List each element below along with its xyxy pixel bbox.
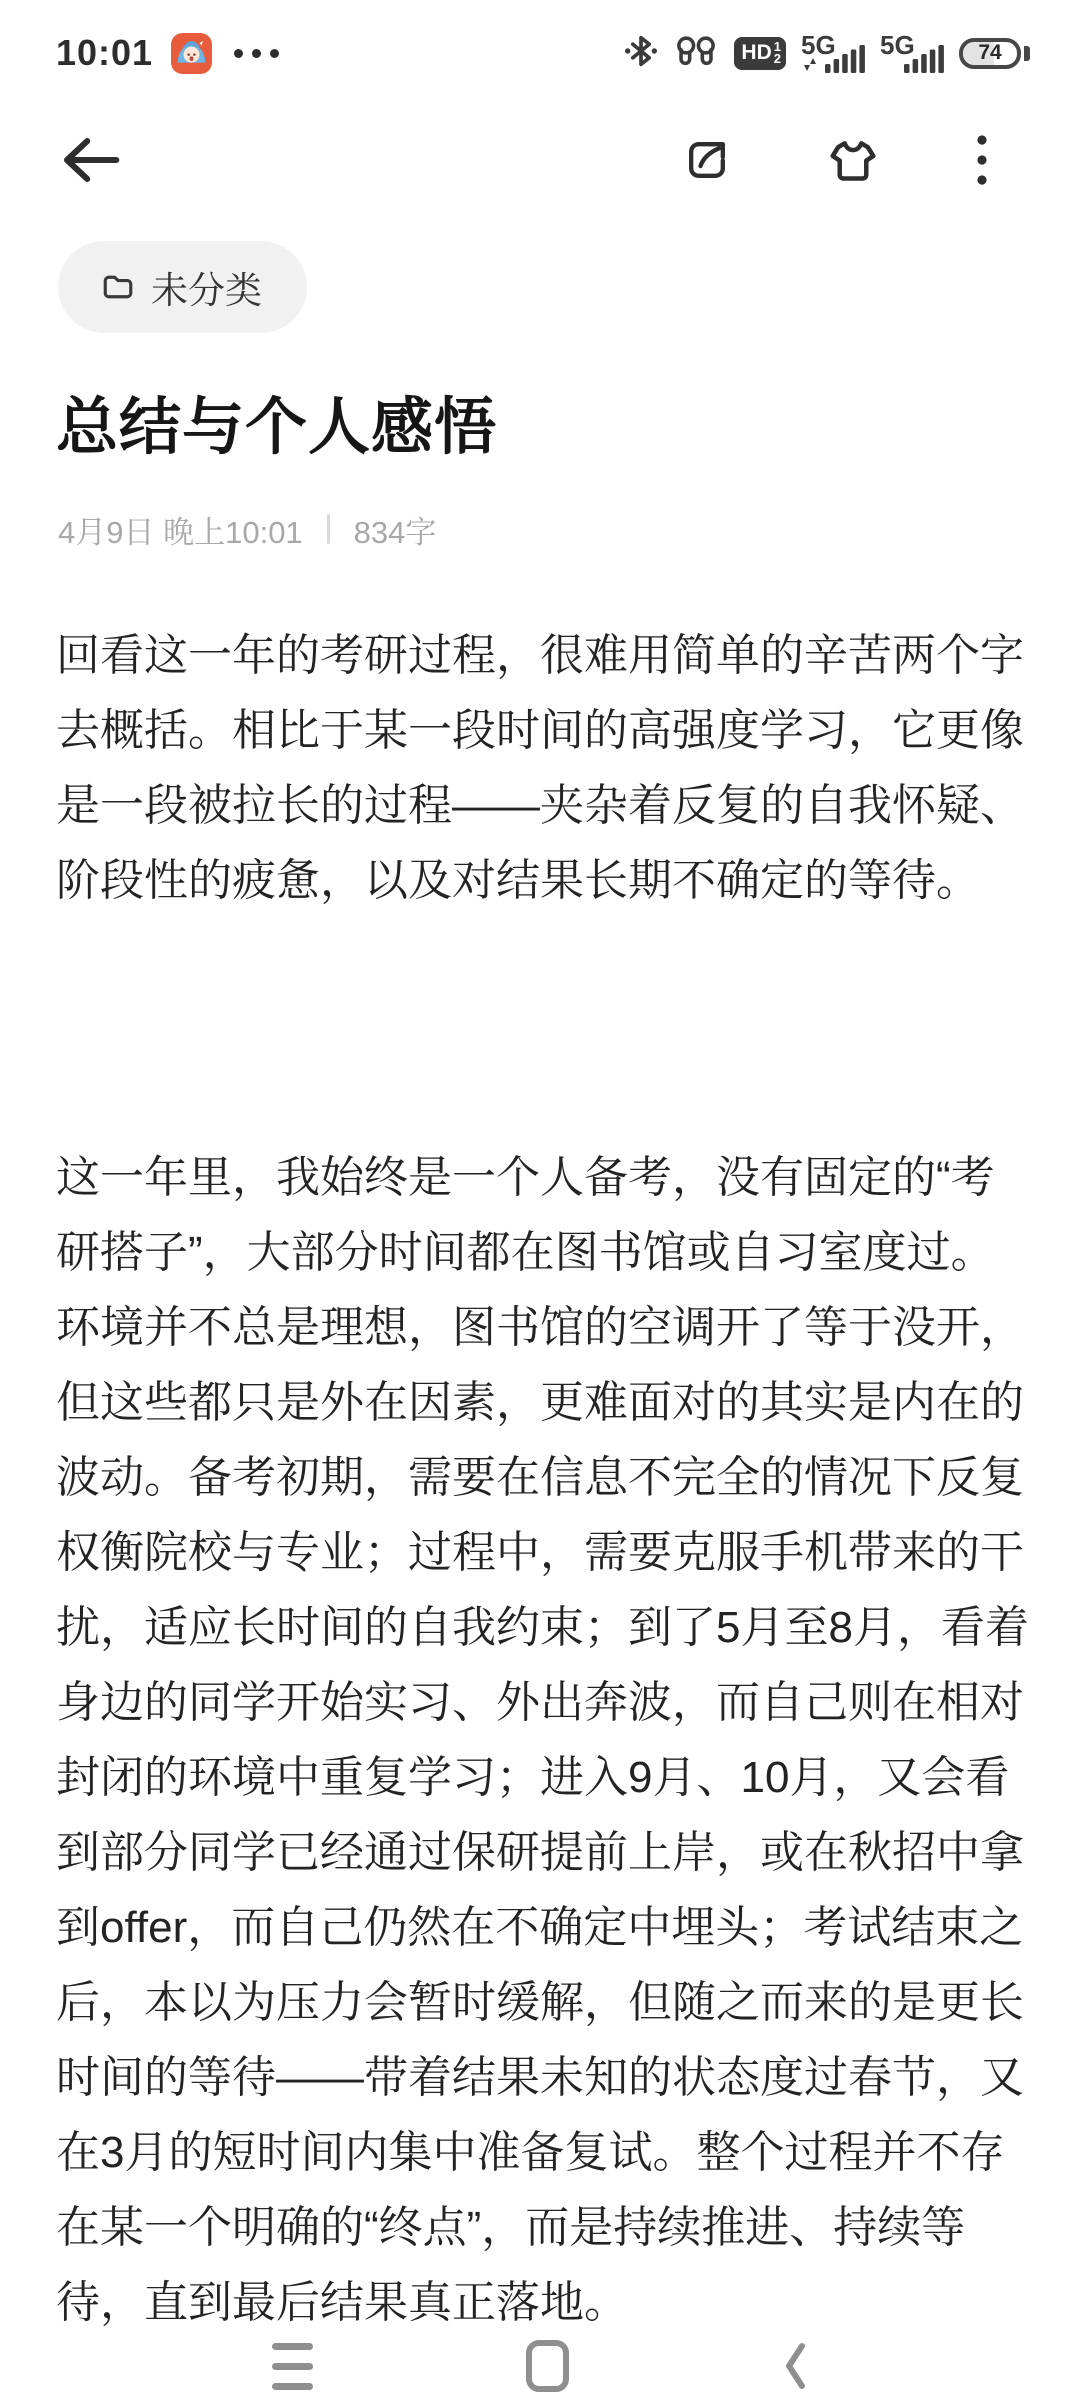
share-icon: [681, 134, 733, 186]
nav-back-button[interactable]: [782, 2338, 808, 2394]
back-button[interactable]: [58, 128, 124, 192]
status-bar-left: 10:01: [56, 32, 279, 74]
note-paragraph: 这一年里，我始终是一个人备考，没有固定的“考研搭子”，大部分时间都在图书馆或自习…: [56, 1135, 1024, 2335]
note-meta: 4月9日 晚上10:01 834字: [58, 507, 1022, 551]
note-title[interactable]: 总结与个人感悟: [56, 385, 1022, 471]
share-button[interactable]: [680, 130, 734, 190]
note-body-line: 封闭的环境中重复学习；进入9月、10月，又会看: [56, 1735, 1024, 1810]
note-body-line: 权衡院校与专业；过程中，需要克服手机带来的干: [56, 1510, 1024, 1585]
category-chip[interactable]: 未分类: [58, 241, 307, 333]
recents-button[interactable]: [272, 2338, 313, 2394]
note-body-line: 在3月的短时间内集中准备复试。整个过程并不存: [56, 2110, 1024, 2185]
bluetooth-icon: [624, 31, 658, 76]
note-word-count: 834字: [354, 507, 437, 552]
more-menu-button[interactable]: [972, 130, 992, 190]
battery-nub: [1024, 46, 1030, 61]
hd-volte-badge-icon: HD 1 2: [734, 37, 786, 70]
note-body-line: 阶段性的疲惫，以及对结果长期不确定的等待。: [56, 838, 1024, 913]
note-date: 4月9日 晚上10:01: [58, 507, 303, 552]
notes-app-screen: 10:01: [0, 0, 1080, 2400]
note-body-line: 到部分同学已经通过保研提前上岸，或在秋招中拿: [56, 1810, 1024, 1885]
status-bar-right: HD 1 2 5G: [624, 31, 1030, 76]
note-body-line: 到offer，而自己仍然在不确定中埋头；考试结束之: [56, 1885, 1024, 1960]
note-body-line: 波动。备考初期，需要在信息不完全的情况下反复: [56, 1435, 1024, 1510]
note-body-line: 身边的同学开始实习、外出奔波，而自己则在相对: [56, 1660, 1024, 1735]
note-body-line: 是一段被拉长的过程——夹杂着反复的自我怀疑、: [56, 763, 1024, 838]
category-row: 未分类: [0, 241, 1080, 333]
system-nav-bar: [0, 2338, 1080, 2400]
notification-overflow-icon: [234, 49, 279, 58]
battery-indicator: 74: [959, 38, 1030, 69]
recents-hamburger-icon: [272, 2343, 313, 2390]
shirt-icon: [825, 133, 881, 187]
battery-percent: 74: [978, 41, 1001, 65]
home-button[interactable]: [526, 2338, 569, 2394]
folder-icon: [100, 269, 136, 305]
note-body-line: 这一年里，我始终是一个人备考，没有固定的“考: [56, 1135, 1024, 1210]
note-body-line: 环境并不总是理想，图书馆的空调开了等于没开，: [56, 1285, 1024, 1360]
earbuds-icon: [673, 31, 719, 76]
category-chip-label: 未分类: [151, 260, 262, 314]
note-body-line: 但这些都只是外在因素，更难面对的其实是内在的: [56, 1360, 1024, 1435]
note-body[interactable]: 回看这一年的考研过程，很难用简单的辛苦两个字去概括。相比于某一段时间的高强度学习…: [56, 613, 1024, 2335]
status-bar: 10:01: [0, 0, 1080, 92]
note-body-line: 去概括。相比于某一段时间的高强度学习，它更像: [56, 688, 1024, 763]
theme-skin-button[interactable]: [824, 130, 882, 190]
signal-primary-5g: 5G: [801, 32, 865, 74]
note-body-line: 扰，适应长时间的自我约束；到了5月至8月，看着: [56, 1585, 1024, 1660]
signal-secondary-5g: 5G: [880, 32, 944, 74]
meta-divider: [327, 514, 330, 544]
back-chevron-icon: [782, 2341, 808, 2391]
note-body-line: 回看这一年的考研过程，很难用简单的辛苦两个字: [56, 613, 1024, 688]
toolbar: [0, 128, 1080, 192]
note-body-line: 在某一个明确的“终点”，而是持续推进、持续等: [56, 2185, 1024, 2260]
home-square-icon: [526, 2340, 569, 2392]
note-body-line: 待，直到最后结果真正落地。: [56, 2260, 1024, 2335]
signal-bars-icon: [904, 45, 944, 73]
back-arrow-icon: [60, 136, 122, 184]
status-time: 10:01: [56, 32, 153, 74]
signal-bars-icon: [825, 45, 865, 73]
data-activity-arrows-icon: [803, 56, 817, 72]
note-body-line: 后，本以为压力会暂时缓解，但随之而来的是更长: [56, 1960, 1024, 2035]
note-body-line: 时间的等待——带着结果未知的状态度过春节，又: [56, 2035, 1024, 2110]
more-vertical-icon: [976, 132, 988, 188]
note-paragraph: 回看这一年的考研过程，很难用简单的辛苦两个字去概括。相比于某一段时间的高强度学习…: [56, 613, 1024, 913]
note-body-line: 研搭子”，大部分时间都在图书馆或自习室度过。: [56, 1210, 1024, 1285]
notification-app-icon: [171, 33, 212, 74]
